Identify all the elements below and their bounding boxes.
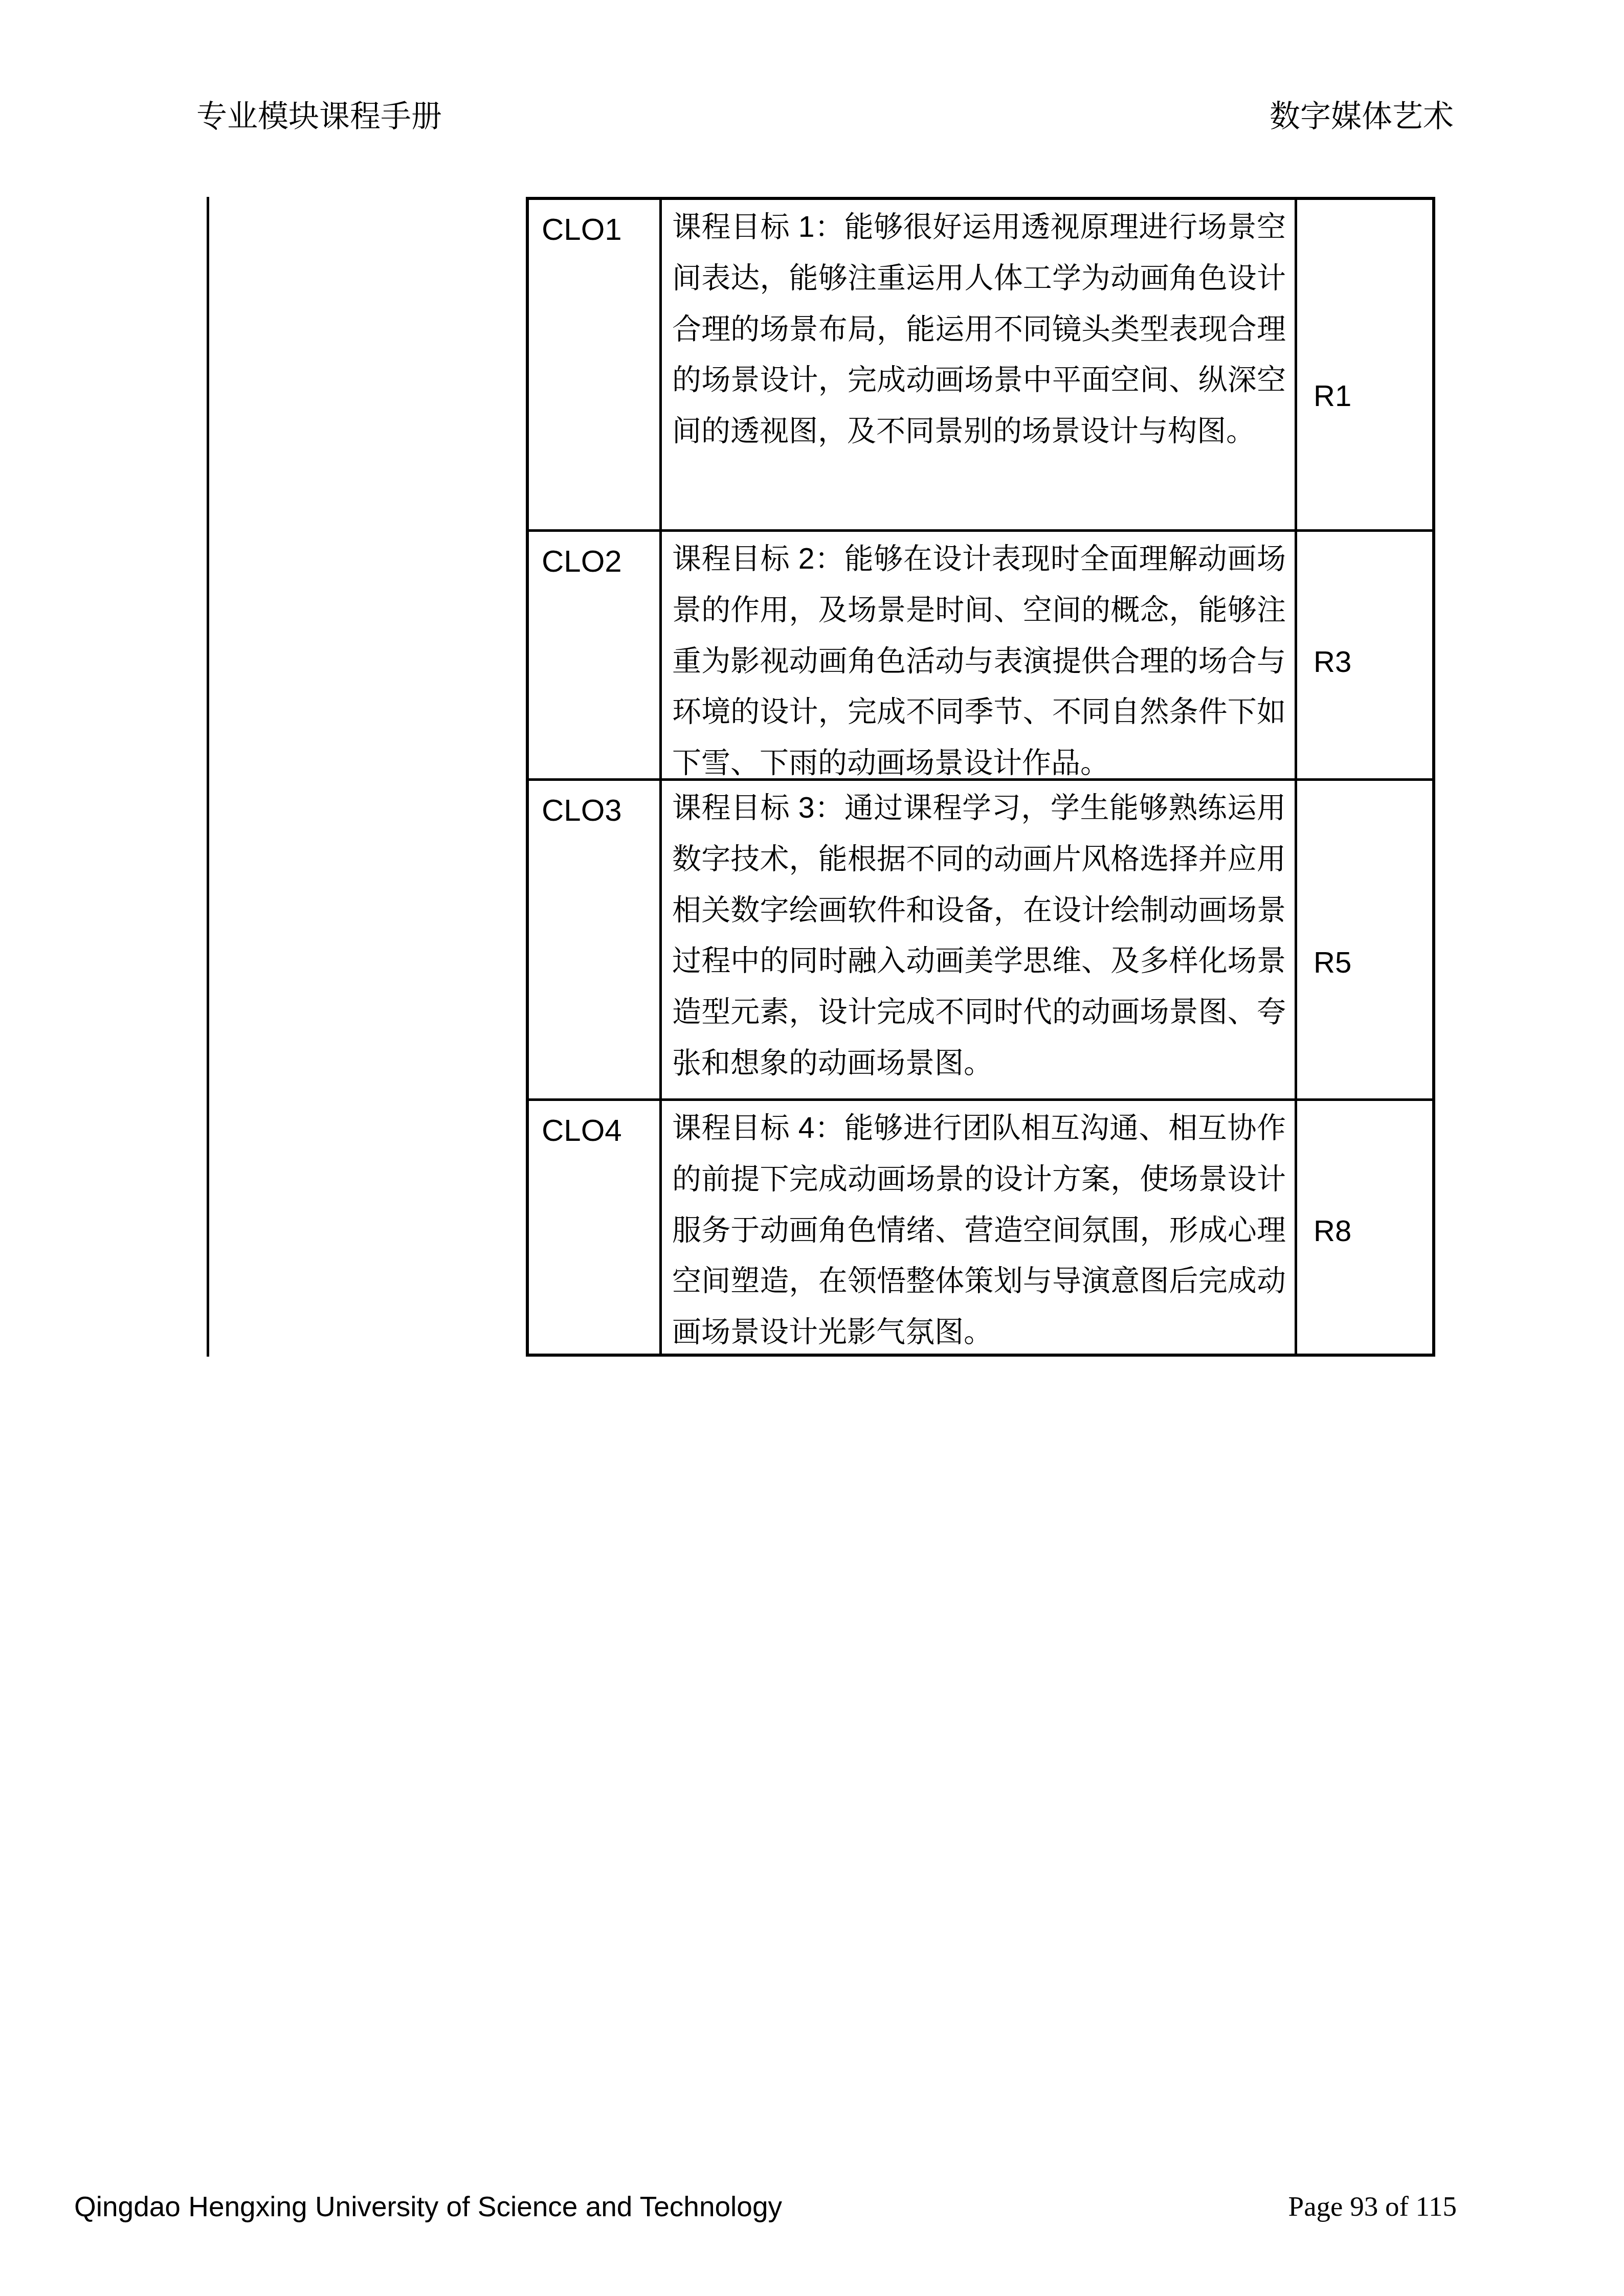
header-left-title: 专业模块课程手册 <box>196 101 442 132</box>
requirement-code: R1 <box>1314 381 1351 411</box>
clo-objectives-table-grid: CLO1 课程目标 1：能够很好运用透视原理进行场景空间表达，能够注重运用人体工… <box>529 200 1432 1354</box>
requirement-code: R5 <box>1314 948 1351 978</box>
requirement-code: R8 <box>1314 1217 1351 1246</box>
clo-objectives-table: CLO1 课程目标 1：能够很好运用透视原理进行场景空间表达，能够注重运用人体工… <box>526 197 1435 1357</box>
clo-code-cell: CLO1 <box>542 214 622 245</box>
requirement-code-cell: R1 <box>1297 200 1432 529</box>
requirement-code: R3 <box>1314 647 1351 677</box>
footer-institution: Qingdao Hengxing University of Science a… <box>74 2191 782 2222</box>
requirement-code-cell: R8 <box>1297 1101 1432 1354</box>
outer-table-left-border-rule <box>207 197 209 1357</box>
column-divider-clo-objective <box>659 200 662 1354</box>
objective-text-cell: 课程目标 4：能够进行团队相互沟通、相互协作的前提下完成动画场景的设计方案，使场… <box>672 1103 1286 1358</box>
objective-text-cell: 课程目标 2：能够在设计表现时全面理解动画场景的作用，及场景是时间、空间的概念，… <box>672 534 1286 789</box>
document-page: 专业模块课程手册 数字媒体艺术 CLO1 课程目标 1：能够很好运用透视原理进行… <box>0 0 1624 2296</box>
requirement-code-cell: R3 <box>1297 532 1432 778</box>
footer-page-number: Page 93 of 115 <box>1288 2191 1457 2222</box>
objective-text-cell: 课程目标 1：能够很好运用透视原理进行场景空间表达，能够注重运用人体工学为动画角… <box>672 202 1286 457</box>
header-right-title: 数字媒体艺术 <box>1270 101 1454 132</box>
objective-text-cell: 课程目标 3：通过课程学习，学生能够熟练运用数字技术，能根据不同的动画片风格选择… <box>672 783 1286 1089</box>
requirement-code-cell: R5 <box>1297 781 1432 1098</box>
clo-code-cell: CLO2 <box>542 546 622 577</box>
clo-code-cell: CLO4 <box>542 1115 622 1146</box>
clo-code-cell: CLO3 <box>542 795 622 826</box>
